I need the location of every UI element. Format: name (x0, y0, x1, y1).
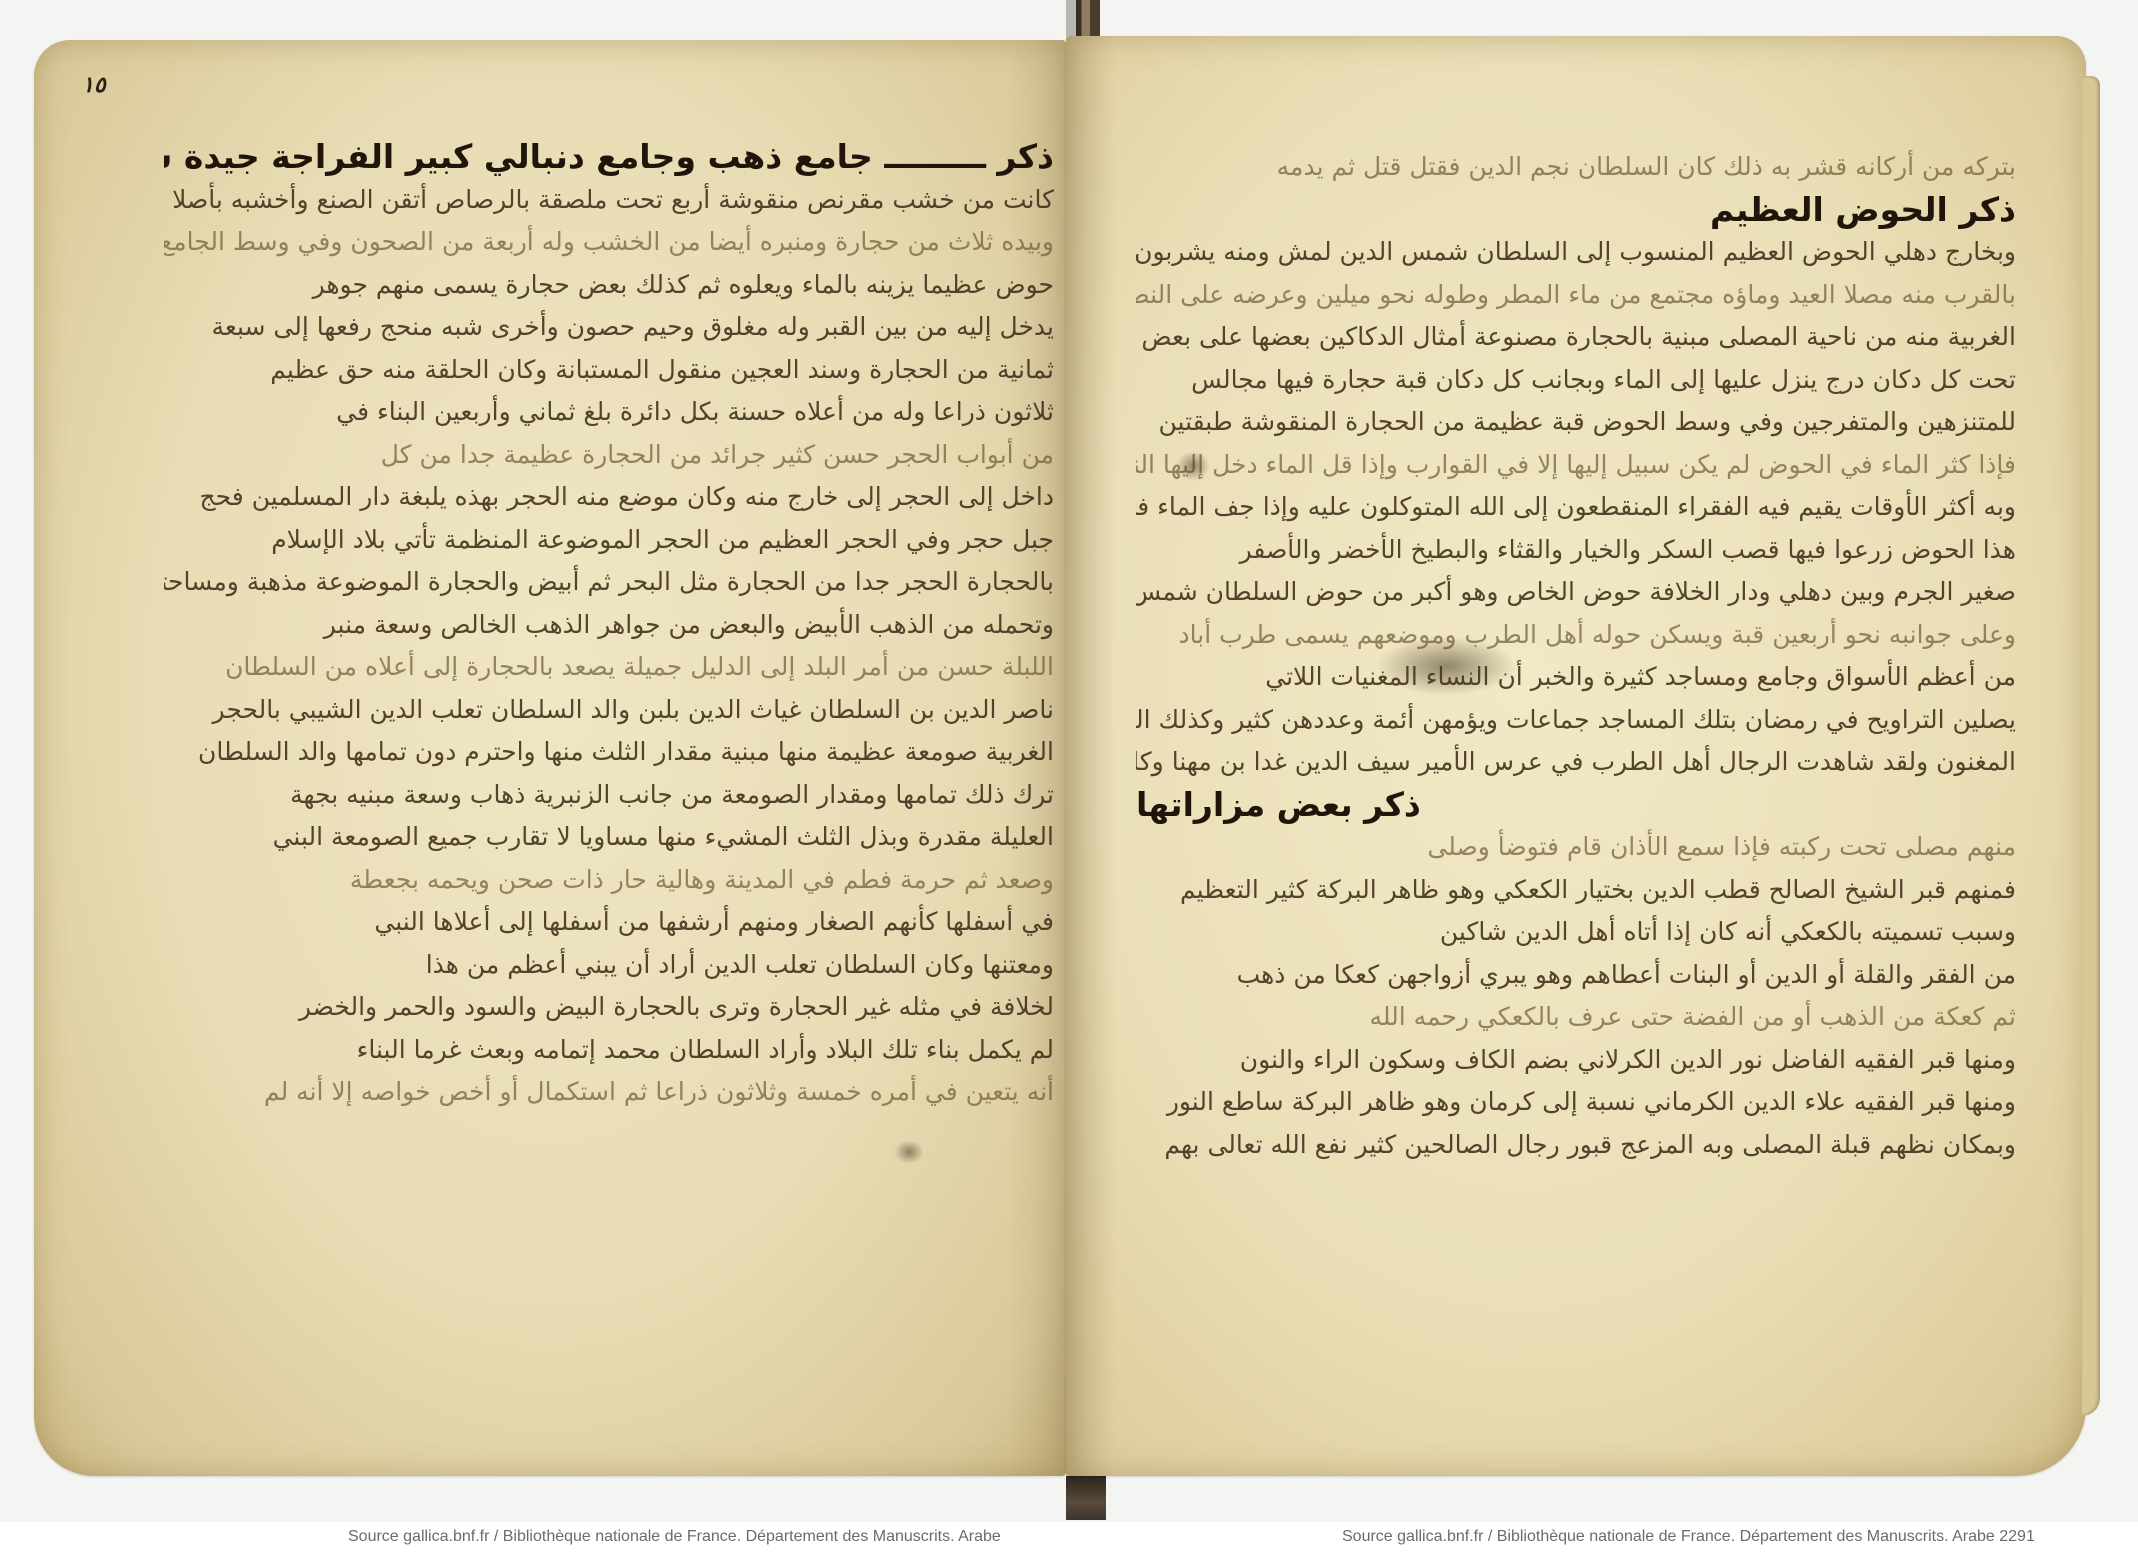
text-line: الغربية منه من ناحية المصلى مبنية بالحجا… (1136, 316, 2016, 359)
text-line: جبل حجر وفي الحجر العظيم من الحجر الموضو… (164, 519, 1054, 562)
text-line: وبه أكثر الأوقات يقيم فيه الفقراء المنقط… (1136, 486, 2016, 529)
text-line: لخلافة في مثله غير الحجارة وترى بالحجارة… (164, 986, 1054, 1029)
text-line: يصلين التراويح في رمضان بتلك المساجد جما… (1136, 699, 2016, 742)
text-line: صغير الجرم وبين دهلي ودار الخلافة حوض ال… (1136, 571, 2016, 614)
text-line: ثم كعكة من الذهب أو من الفضة حتى عرف بال… (1136, 996, 2016, 1039)
text-line: اللبلة حسن من أمر البلد إلى الدليل جميلة… (164, 646, 1054, 689)
text-line: منهم مصلى تحت ركبته فإذا سمع الأذان قام … (1136, 826, 2016, 869)
text-line: المغنون ولقد شاهدت الرجال أهل الطرب في ع… (1136, 741, 2016, 784)
section-heading-line: ذكر ـــــــــ جامع ذهب وجامع دنبالي كبير… (164, 136, 1054, 179)
text-line: العليلة مقدرة وبذل الثلث المشيء منها مسا… (164, 816, 1054, 859)
text-line: وبيده ثلاث من حجارة ومنبره أيضا من الخشب… (164, 221, 1054, 264)
text-line: لم يكمل بناء تلك البلاد وأراد السلطان مح… (164, 1029, 1054, 1072)
text-line: فمنهم قبر الشيخ الصالح قطب الدين بختيار … (1136, 869, 2016, 912)
source-caption-right: Source gallica.bnf.fr / Bibliothèque nat… (1342, 1528, 2035, 1546)
source-caption-left: Source gallica.bnf.fr / Bibliothèque nat… (348, 1528, 1001, 1546)
section-heading: ذكر الحوض العظيم (1136, 189, 2016, 232)
ink-stain (894, 1140, 924, 1164)
text-line: هذا الحوض زرعوا فيها قصب السكر والخيار و… (1136, 529, 2016, 572)
text-line: وسبب تسميته بالكعكي أنه كان إذا أتاه أهل… (1136, 911, 2016, 954)
gutter-shadow (1066, 36, 1116, 1476)
text-line: للمتنزهين والمتفرجين وفي وسط الحوض قبة ع… (1136, 401, 2016, 444)
text-line: من أعظم الأسواق وجامع ومساجد كثيرة والخب… (1136, 656, 2016, 699)
right-page-text: بتركه من أركانه قشر به ذلك كان السلطان ن… (1136, 146, 2016, 1166)
text-line: ثمانية من الحجارة وسند العجين منقول المس… (164, 349, 1054, 392)
top-line: بتركه من أركانه قشر به ذلك كان السلطان ن… (1136, 146, 2016, 189)
text-line: ومنها قبر الفقيه الفاضل نور الدين الكرلا… (1136, 1039, 2016, 1082)
text-line: من الفقر والقلة أو الدين أو البنات أعطاه… (1136, 954, 2016, 997)
text-line: في أسفلها كأنهم الصغار ومنهم أرشفها من أ… (164, 901, 1054, 944)
text-line: وعلى جوانبه نحو أربعين قبة ويسكن حوله أه… (1136, 614, 2016, 657)
text-line: وبخارج دهلي الحوض العظيم المنسوب إلى الس… (1136, 231, 2016, 274)
text-line: ترك ذلك تمامها ومقدار الصومعة من جانب ال… (164, 774, 1054, 817)
left-page-text: ذكر ـــــــــ جامع ذهب وجامع دنبالي كبير… (164, 136, 1054, 1114)
text-line: وبمكان نظهم قبلة المصلى وبه المزعج قبور … (1136, 1124, 2016, 1167)
text-line: بالقرب منه مصلا العيد وماؤه مجتمع من ماء… (1136, 274, 2016, 317)
binding-bottom (1066, 1476, 1106, 1520)
text-line: ثلاثون ذراعا وله من أعلاه حسنة بكل دائرة… (164, 391, 1054, 434)
text-line: من أبواب الحجر حسن كثير جرائد من الحجارة… (164, 434, 1054, 477)
text-line: حوض عظيما يزينه بالماء ويعلوه ثم كذلك بع… (164, 264, 1054, 307)
right-page: بتركه من أركانه قشر به ذلك كان السلطان ن… (1066, 36, 2086, 1476)
text-line: يدخل إليه من بين القبر وله مغلوق وحيم حص… (164, 306, 1054, 349)
text-line: وتحمله من الذهب الأبيض والبعض من جواهر ا… (164, 604, 1054, 647)
text-line: داخل إلى الحجر إلى خارج منه وكان موضع من… (164, 476, 1054, 519)
text-line: تحت كل دكان درج ينزل عليها إلى الماء وبج… (1136, 359, 2016, 402)
text-line: فإذا كثر الماء في الحوض لم يكن سبيل إليه… (1136, 444, 2016, 487)
text-line: ومعتنها وكان السلطان تعلب الدين أراد أن … (164, 944, 1054, 987)
water-stain (1376, 636, 1516, 696)
page-edge (2082, 76, 2100, 1416)
text-line: كانت من خشب مقرنص منقوشة أربع تحت ملصقة … (164, 179, 1054, 222)
section-heading-2: ذكر بعض مزاراتها (1136, 784, 2016, 827)
text-line: الغربية صومعة عظيمة منها مبنية مقدار الث… (164, 731, 1054, 774)
text-line: أنه يتعين في أمره خمسة وثلاثون ذراعا ثم … (164, 1071, 1054, 1114)
manuscript-viewer: ١٥ ذكر ـــــــــ جامع ذهب وجامع دنبالي ك… (0, 0, 2138, 1556)
text-line: وصعد ثم حرمة فطم في المدينة وهالية حار ذ… (164, 859, 1054, 902)
text-line: بالحجارة الحجر جدا من الحجارة مثل البحر … (164, 561, 1054, 604)
text-line: ناصر الدين بن السلطان غياث الدين بلبن وا… (164, 689, 1054, 732)
text-line: ومنها قبر الفقيه علاء الدين الكرماني نسب… (1136, 1081, 2016, 1124)
left-page: ١٥ ذكر ـــــــــ جامع ذهب وجامع دنبالي ك… (34, 40, 1066, 1476)
folio-number: ١٥ (82, 72, 106, 98)
ink-blot (1176, 451, 1210, 481)
binding-top (1066, 0, 1100, 36)
